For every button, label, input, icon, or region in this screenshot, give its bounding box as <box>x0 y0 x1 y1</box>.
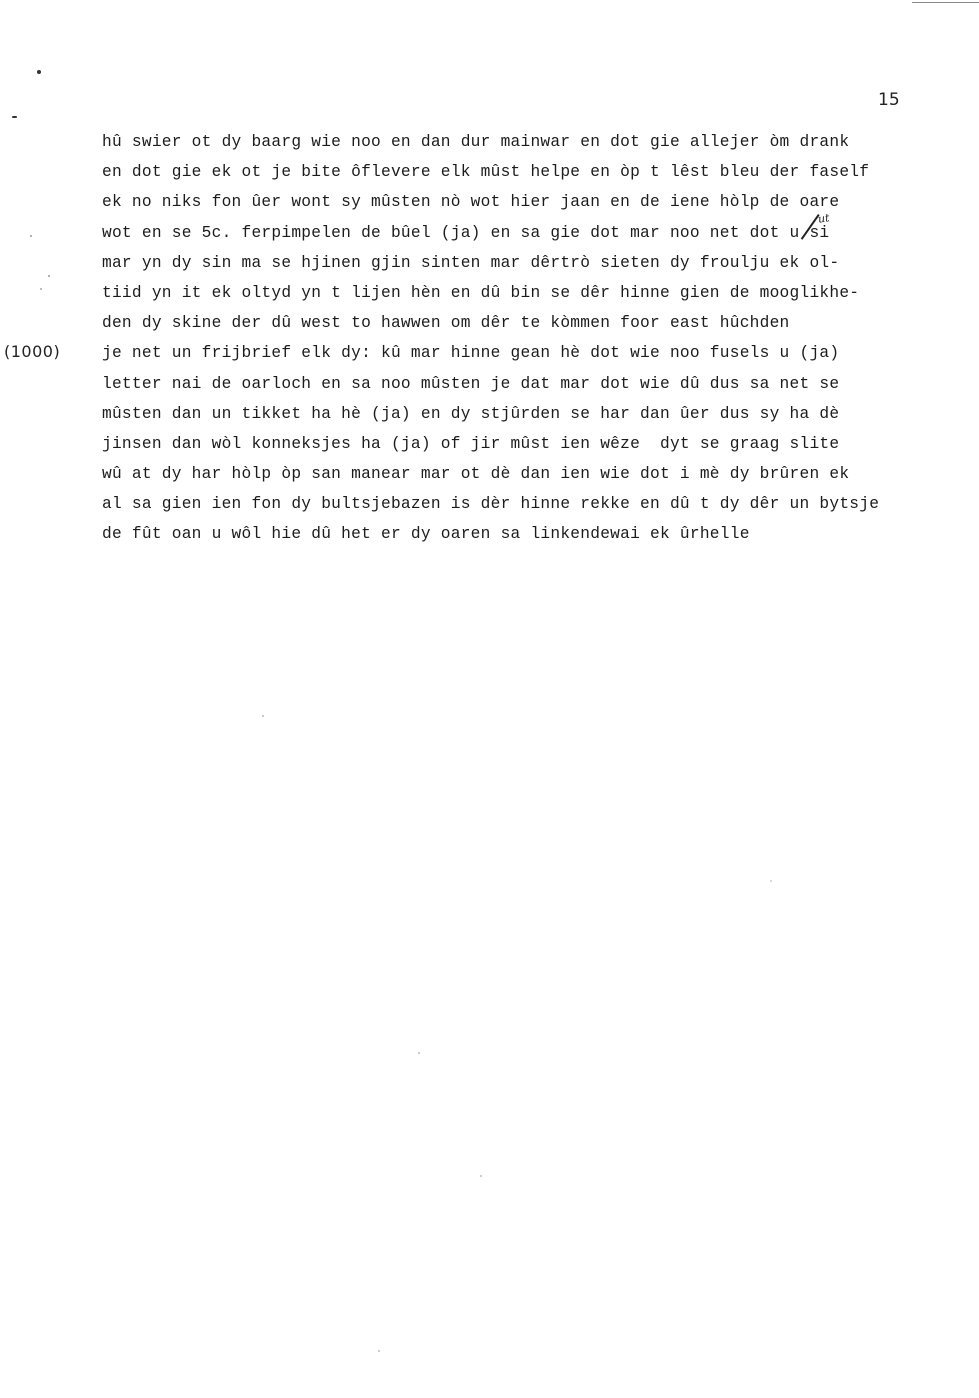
scan-speck <box>37 70 41 74</box>
transcript-line: de fût oan u wôl hie dû het er dy oaren … <box>102 523 962 553</box>
scan-speck <box>378 1350 380 1352</box>
transcript-line: tiid yn it ek oltyd yn t lijen hèn en dû… <box>102 282 962 312</box>
scan-speck <box>418 1052 420 1054</box>
document-page: 15 (1000) ut hû swier ot dy baarg wie no… <box>0 0 979 1398</box>
scan-edge-rule <box>912 2 979 3</box>
scan-speck <box>480 1175 482 1177</box>
margin-line-marker: (1000) <box>4 342 60 361</box>
scan-speck <box>40 288 42 290</box>
transcript-line: jinsen dan wòl konneksjes ha (ja) of jir… <box>102 433 962 463</box>
transcript-line: wû at dy har hòlp òp san manear mar ot d… <box>102 463 962 493</box>
transcript-line: mûsten dan un tikket ha hè (ja) en dy st… <box>102 403 962 433</box>
transcript-line: wot en se 5c. ferpimpelen de bûel (ja) e… <box>102 222 962 252</box>
transcript-line: mar yn dy sin ma se hjinen gjin sinten m… <box>102 252 962 282</box>
page-number: 15 <box>878 90 900 110</box>
transcript-line: je net un frijbrief elk dy: kû mar hinne… <box>102 342 962 372</box>
transcript-line: ek no niks fon ûer wont sy mûsten nò wot… <box>102 191 962 221</box>
transcript-line: den dy skine der dû west to hawwen om dê… <box>102 312 962 342</box>
scan-speck <box>12 116 17 118</box>
transcript-body: hû swier ot dy baarg wie noo en dan dur … <box>102 131 962 554</box>
scan-speck <box>262 715 264 717</box>
scan-speck <box>770 880 772 882</box>
transcript-line: en dot gie ek ot je bite ôflevere elk mû… <box>102 161 962 191</box>
transcript-line: hû swier ot dy baarg wie noo en dan dur … <box>102 131 962 161</box>
scan-speck <box>48 275 50 277</box>
transcript-line: letter nai de oarloch en sa noo mûsten j… <box>102 373 962 403</box>
scan-speck <box>30 235 32 237</box>
transcript-line: al sa gien ien fon dy bultsjebazen is dè… <box>102 493 962 523</box>
